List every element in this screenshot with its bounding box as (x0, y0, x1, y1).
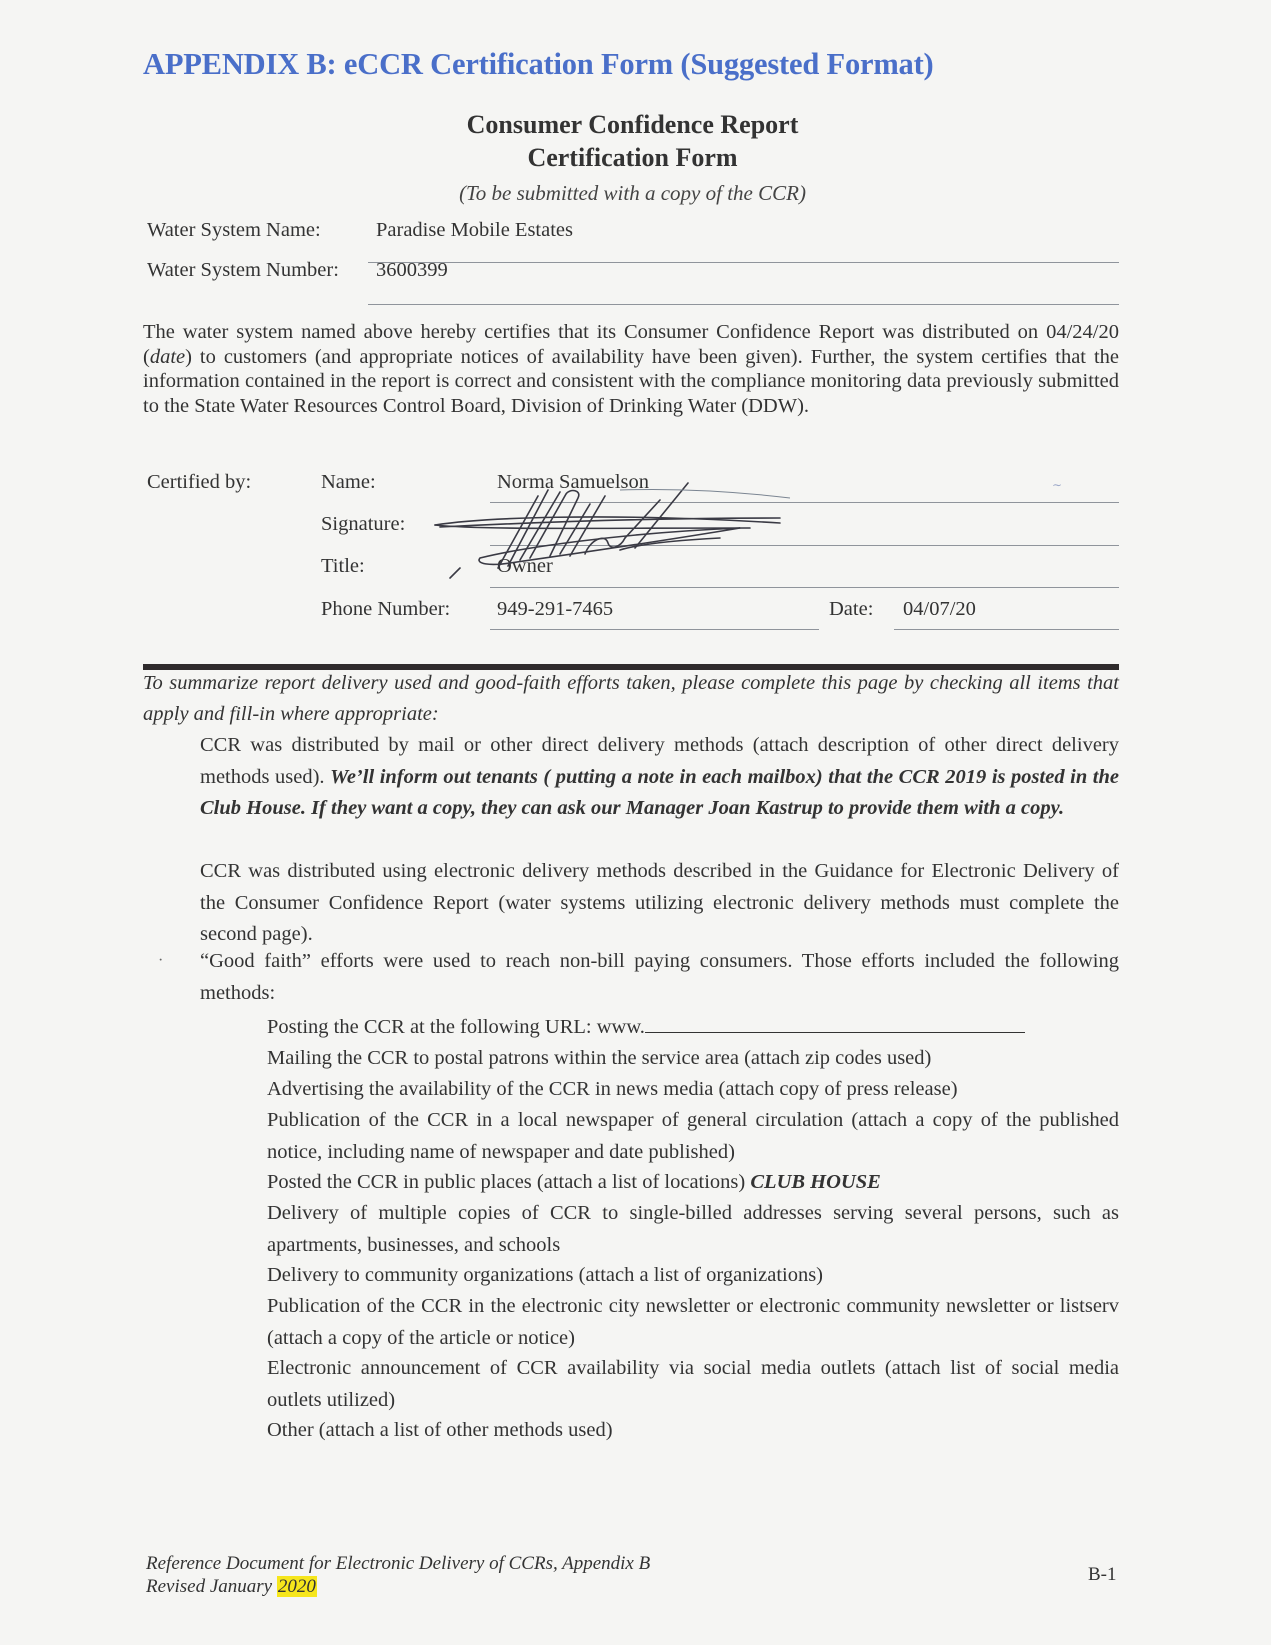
method-url-text: Posting the CCR at the following URL: ww… (267, 1016, 645, 1038)
scan-artifact: ∼ (1052, 478, 1062, 493)
method-community-orgs[interactable]: Delivery to community organizations (att… (267, 1260, 1119, 1292)
delivery-item-electronic[interactable]: CCR was distributed using electronic del… (200, 856, 1119, 951)
signature-label: Signature: (321, 513, 405, 536)
method-multiple-copies[interactable]: Delivery of multiple copies of CCR to si… (267, 1198, 1119, 1261)
method-other[interactable]: Other (attach a list of other methods us… (267, 1415, 1119, 1447)
footer-reference: Reference Document for Electronic Delive… (146, 1552, 650, 1598)
cert-text-2: to customers (and appropriate notices of… (143, 346, 1119, 417)
form-title: Consumer Confidence Report (0, 110, 1268, 140)
form-title-line2: Certification Form (0, 143, 1268, 173)
water-system-number-label: Water System Number: (147, 259, 339, 282)
instructions: To summarize report delivery used and go… (143, 668, 1119, 730)
revised-prefix: Revised January (146, 1576, 277, 1597)
water-system-number-field[interactable]: 3600399 (376, 259, 448, 282)
phone-underline (490, 629, 819, 630)
cert-text-1: The water system named above hereby cert… (143, 321, 1046, 343)
date-field[interactable]: 04/07/20 (903, 598, 976, 621)
date-label: Date: (829, 598, 873, 621)
certification-statement: The water system named above hereby cert… (143, 320, 1119, 418)
method-e-newsletter[interactable]: Publication of the CCR in the electronic… (267, 1291, 1119, 1354)
number-underline (368, 304, 1119, 305)
method-url[interactable]: Posting the CCR at the following URL: ww… (267, 1012, 1119, 1044)
page-number: B-1 (1088, 1564, 1117, 1586)
url-blank-field[interactable] (645, 1014, 1025, 1033)
phone-field[interactable]: 949-291-7465 (497, 598, 613, 621)
method-advertising[interactable]: Advertising the availability of the CCR … (267, 1074, 1119, 1106)
method-public-places[interactable]: Posted the CCR in public places (attach … (267, 1167, 1119, 1199)
form-subtitle: (To be submitted with a copy of the CCR) (0, 181, 1268, 206)
water-system-name-label: Water System Name: (147, 219, 321, 242)
method-public-places-text: Posted the CCR in public places (attach … (267, 1171, 750, 1193)
reference-text: Reference Document for Electronic Delive… (146, 1552, 650, 1575)
scanned-page: APPENDIX B: eCCR Certification Form (Sug… (0, 0, 1271, 1645)
appendix-title: APPENDIX B: eCCR Certification Form (Sug… (143, 47, 934, 82)
method-social-media[interactable]: Electronic announcement of CCR availabil… (267, 1353, 1119, 1416)
method-mailing[interactable]: Mailing the CCR to postal patrons within… (267, 1043, 1119, 1075)
water-system-name-field[interactable]: Paradise Mobile Estates (376, 219, 573, 242)
delivery-item-mail[interactable]: CCR was distributed by mail or other dir… (200, 730, 1119, 825)
handwritten-signature[interactable] (420, 478, 800, 578)
date-hint: date (150, 346, 185, 368)
title-label: Title: (321, 555, 365, 578)
scan-dot: · (158, 952, 163, 970)
phone-label: Phone Number: (321, 598, 450, 621)
certified-by-label: Certified by: (147, 471, 251, 494)
method-newspaper[interactable]: Publication of the CCR in a local newspa… (267, 1105, 1119, 1168)
revised-year-highlight: 2020 (277, 1576, 317, 1597)
mail-item-note[interactable]: We’ll inform out tenants ( putting a not… (200, 766, 1119, 820)
revised-line: Revised January 2020 (146, 1575, 650, 1598)
title-underline (490, 587, 1119, 588)
name-underline (368, 262, 1119, 263)
distribution-date[interactable]: 04/24/20 (1046, 321, 1119, 343)
delivery-item-good-faith[interactable]: “Good faith” efforts were used to reach … (200, 946, 1119, 1009)
certifier-name-label: Name: (321, 471, 376, 494)
date-underline (894, 629, 1119, 630)
public-places-fill[interactable]: CLUB HOUSE (750, 1171, 880, 1193)
